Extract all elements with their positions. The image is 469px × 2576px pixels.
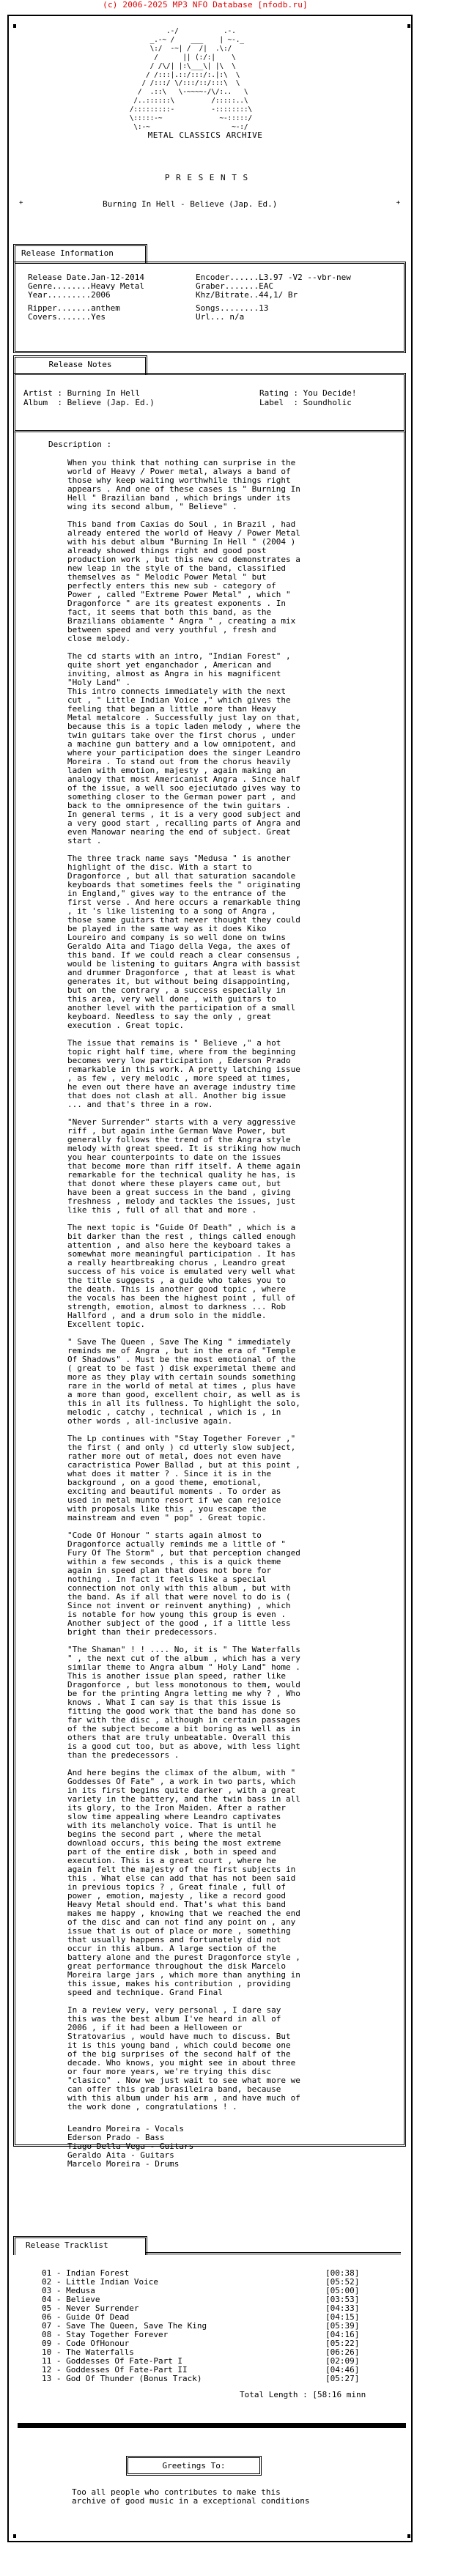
corner-marker (13, 2534, 16, 2538)
description-heading: Description : (48, 440, 111, 449)
copyright-notice: (c) 2006-2025 MP3 NFO Database [nfodb.ru… (0, 0, 410, 10)
total-length-value: [58:16 minn (312, 2390, 366, 2399)
description-paragraph: "Code Of Honour " starts again almost to… (67, 1531, 405, 1637)
track-row: 13 - God Of Thunder (Bonus Track)[05:27] (42, 2375, 372, 2383)
description-paragraph: "Never Surrender" starts with a very agg… (67, 1118, 405, 1215)
release-information-panel: Release Date.Jan-12-2014Genre........Hea… (13, 262, 406, 353)
info-value: 13 (259, 303, 268, 313)
tab-release-information: Release Information (13, 244, 147, 263)
tab-release-notes: Release Notes (13, 355, 147, 374)
corner-marker (407, 2534, 410, 2538)
artist-row: Artist : Burning In Hell (23, 389, 140, 398)
label-row: Label : Soundholic (259, 399, 352, 407)
description-paragraph: The next topic is "Guide Of Death" , whi… (67, 1224, 405, 1329)
label-value: Soundholic (303, 398, 352, 407)
description-paragraph: The cd starts with an intro, "Indian For… (67, 652, 405, 845)
total-length: Total Length : [58:16 minn (240, 2391, 366, 2399)
plus-marker: + (396, 199, 400, 207)
info-row: Url... n/a (196, 313, 351, 322)
info-value: 44,1/ Br (259, 290, 298, 300)
corner-marker (407, 24, 410, 28)
album-label: Album : (23, 398, 67, 407)
label-label: Label : (259, 398, 303, 407)
info-value: n/a (225, 312, 245, 322)
description-paragraph: The three track name says "Medusa " is a… (67, 854, 405, 1030)
greetings-heading: Greetings To: (162, 2461, 225, 2470)
info-label: Year......... (28, 290, 91, 300)
corner-marker (13, 24, 16, 28)
description-paragraph: And here begins the climax of the album,… (67, 1769, 405, 1997)
info-right-column: Encoder......L3.97 -V2 --vbr-newGraber..… (196, 273, 351, 322)
description-paragraph: The issue that remains is " Believe ," a… (67, 1039, 405, 1109)
release-title: Burning In Hell - Believe (Jap. Ed.) (103, 199, 277, 209)
album-value: Believe (Jap. Ed.) (67, 398, 155, 407)
info-left-column: Release Date.Jan-12-2014Genre........Hea… (28, 273, 144, 322)
tab-label: Release Notes (48, 360, 111, 369)
band-lineup: Leandro Moreira - VocalsEderson Prado - … (67, 2125, 193, 2169)
info-row: Khz/Bitrate..44,1/ Br (196, 291, 351, 300)
presents-heading: P R E S E N T S (0, 173, 413, 182)
tab-label: Release Information (21, 248, 114, 258)
tracklist: 01 - Indian Forest[00:38]02 - Little Ind… (42, 2269, 372, 2383)
description-paragraph: " Save The Queen , Save The King " immed… (67, 1338, 405, 1426)
tab-release-tracklist: Release Tracklist (13, 2236, 147, 2255)
info-label: Khz/Bitrate.. (196, 290, 259, 300)
tab-label: Release Tracklist (26, 2240, 108, 2250)
description-paragraph: This band from Caxias do Soul , in Brazi… (67, 520, 405, 643)
description-paragraph: In a review very, very personal , I dare… (67, 2006, 405, 2111)
info-row: Year.........2006 (28, 291, 144, 300)
description-paragraph: "The Shaman" ! ! .... No, it is " The Wa… (67, 1646, 405, 1760)
rating-value: You Decide! (303, 388, 357, 398)
album-row: Album : Believe (Jap. Ed.) (23, 399, 155, 407)
info-label: Url... (196, 312, 225, 322)
greetings-line: archive of good music in a exceptional c… (72, 2497, 310, 2506)
info-value: 2006 (91, 290, 111, 300)
tracklist-divider (145, 2252, 401, 2254)
description-paragraph: The Lp continues with "Stay Together For… (67, 1435, 405, 1522)
section-divider-bar (18, 2423, 406, 2428)
rating-row: Rating : You Decide! (259, 389, 356, 398)
archive-title: METAL CLASSICS ARCHIVE (0, 130, 410, 140)
ascii-logo: .-/ .-. _.-~ / ___ | ~-._ \:/ -~| / /| .… (117, 27, 252, 132)
rating-label: Rating : (259, 388, 303, 398)
track-title: 13 - God Of Thunder (Bonus Track) (42, 2374, 202, 2383)
greetings-text: Too all people who contributes to make t… (72, 2488, 310, 2506)
lineup-member: Marcelo Moreira - Drums (67, 2160, 193, 2169)
description-paragraph: When you think that nothing can surprise… (67, 459, 405, 511)
info-label: Covers....... (28, 312, 91, 322)
info-value: Yes (91, 312, 106, 322)
artist-value: Burning In Hell (67, 388, 140, 398)
description-panel-body: Description : When you think that nothin… (13, 432, 406, 2147)
description-text: When you think that nothing can surprise… (67, 459, 405, 2120)
track-length: [05:27] (325, 2375, 359, 2383)
total-length-label: Total Length : (240, 2390, 312, 2399)
release-notes-header-panel: Artist : Burning In Hell Album : Believe… (13, 373, 406, 432)
info-row: Covers.......Yes (28, 313, 144, 322)
greetings-box: Greetings To: (126, 2456, 262, 2476)
plus-marker: + (19, 199, 23, 207)
artist-label: Artist : (23, 388, 67, 398)
